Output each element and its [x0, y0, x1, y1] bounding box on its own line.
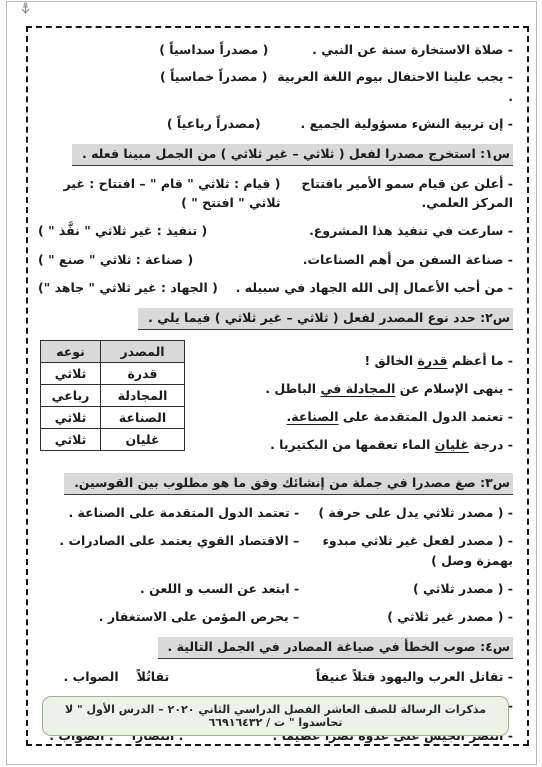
table-row: غليان ثلاثي — [41, 428, 185, 450]
underlined-word: المجادلة في — [320, 381, 395, 396]
sentence: - صناعة السفن من أهم الصناعات. — [303, 250, 513, 269]
example-sentence: - ابتعد عن السب و اللعن . — [38, 579, 299, 598]
list-item: - سارعت في تنفيذ هذا المشروع. ( تنفيذ : … — [38, 221, 513, 240]
sentence: - إن تربية النشء مسؤولية الجميع . — [276, 114, 514, 133]
table-cell: رباعي — [41, 384, 101, 406]
list-item: - ( مصدر ثلاثي ) - ابتعد عن السب و اللعن… — [38, 579, 513, 598]
q2-title: س٢: حدد نوع المصدر لفعل ( ثلاثي – غير ثل… — [138, 308, 513, 330]
q1-title: س١: استخرج مصدرا لفعل ( ثلاثي – غير ثلاث… — [72, 144, 513, 166]
list-item: - من أحب الأعمال إلى الله الجهاد في سبيل… — [38, 278, 513, 297]
table-cell: قدرة — [101, 362, 185, 384]
correction-word: تقاتُلاً — [137, 667, 170, 686]
list-item: - صلاة الاستخارة سنة عن النبي . ( مصدراً… — [38, 40, 513, 59]
sentence: - صلاة الاستخارة سنة عن النبي . — [276, 40, 514, 59]
requirement: - ( مصدر لفعل غير ثلاثي مبدوء بهمزة وصل … — [299, 531, 513, 570]
list-item: - صناعة السفن من أهم الصناعات. ( صناعة :… — [38, 250, 513, 269]
annotation: ( تنفيذ : غير ثلاثي " نفَّذ " ) — [38, 221, 207, 240]
table-cell: ثلاثي — [41, 428, 101, 450]
example-sentence: - تعتمد الدول المتقدمة على الصناعة . — [38, 503, 299, 522]
sentence: - يجب علينا الاحتفال بيوم اللغة العربية … — [276, 67, 514, 106]
list-item: - ما أعظم قدرة الخالق ! — [189, 350, 513, 371]
masdar-table: المصدر نوعه قدرة ثلاثي المجادلة رباعي ال… — [40, 340, 185, 451]
sentence-part: - ينهى الإسلام عن — [395, 381, 513, 396]
q3-title: س٣: صغ مصدرا في جملة من إنشائك وفق ما هو… — [64, 473, 513, 495]
correction-label: . الصواب — [64, 667, 119, 686]
example-sentence: – يحرص المؤمن على الاستغفار . — [38, 607, 299, 626]
intro-section: - صلاة الاستخارة سنة عن النبي . ( مصدراً… — [38, 40, 513, 134]
table-row: الصناعة ثلاثي — [41, 406, 185, 428]
sentence: - سارعت في تنفيذ هذا المشروع. — [309, 221, 513, 240]
sentence: - تقاتل العرب واليهود قتلاً عنيفاً — [195, 667, 513, 686]
table-cell: غليان — [101, 428, 185, 450]
sentence-part: - ما أعظم — [448, 353, 513, 368]
list-item: - ( مصدر ثلاثي يدل على حرفة ) - تعتمد ال… — [38, 503, 513, 522]
sentence-part: - تعتمد الدول المتقدمة على — [339, 409, 514, 424]
list-item: - تقاتل العرب واليهود قتلاً عنيفاً . الص… — [38, 667, 513, 686]
table-header-row: المصدر نوعه — [41, 340, 185, 362]
table-cell: ثلاثي — [41, 406, 101, 428]
requirement: - ( مصدر غير ثلاثي ) — [299, 607, 513, 626]
list-item: - درجة غليان الماء تعقمها من البكتيريا . — [189, 434, 513, 455]
q2-list: - ما أعظم قدرة الخالق ! - ينهى الإسلام ع… — [189, 338, 513, 463]
sentence: - أعلن عن قيام سمو الأمير بافتتاح المركز… — [281, 174, 513, 213]
q3-section: - ( مصدر ثلاثي يدل على حرفة ) - تعتمد ال… — [38, 503, 513, 627]
requirement: - ( مصدر ثلاثي يدل على حرفة ) — [299, 503, 513, 522]
underlined-word: غليان — [435, 437, 469, 452]
example-sentence: – الاقتصاد القوي يعتمد على الصادرات . — [38, 531, 299, 550]
table-row: المجادلة رباعي — [41, 384, 185, 406]
sentence-part: - درجة — [469, 437, 513, 452]
annotation: ( قيام : ثلاثي " قام " – افتتاح : غير ثل… — [38, 174, 281, 213]
list-item: - ينهى الإسلام عن المجادلة في الباطل . — [189, 378, 513, 399]
column-header: المصدر — [101, 340, 185, 362]
q2-section: - ما أعظم قدرة الخالق ! - ينهى الإسلام ع… — [38, 338, 513, 463]
table-cell: ثلاثي — [41, 362, 101, 384]
q1-section: - أعلن عن قيام سمو الأمير بافتتاح المركز… — [38, 174, 513, 298]
annotation: ( الجهاد : غير ثلاثي " جاهد ") — [38, 278, 218, 297]
list-item: - ( مصدر غير ثلاثي ) – يحرص المؤمن على ا… — [38, 607, 513, 626]
correction: . الصواب تقاتُلاً — [38, 667, 195, 686]
underlined-word: الصناعة. — [287, 409, 339, 424]
annotation: (مصدراً رباعياً ) — [152, 114, 276, 133]
table-row: قدرة ثلاثي — [41, 362, 185, 384]
annotation: ( مصدراً سداسياً ) — [152, 40, 276, 59]
list-item: - إن تربية النشء مسؤولية الجميع . (مصدرا… — [38, 114, 513, 133]
table-cell: الصناعة — [101, 406, 185, 428]
sentence: - من أحب الأعمال إلى الله الجهاد في سبيل… — [236, 278, 513, 297]
worksheet-frame: - صلاة الاستخارة سنة عن النبي . ( مصدراً… — [26, 26, 529, 746]
footer-text: مذكرات الرسالة للصف العاشر الفصل الدراسي… — [65, 703, 486, 729]
anchor-icon — [20, 0, 31, 19]
table-cell: المجادلة — [101, 384, 185, 406]
q4-title: س٤: صوب الخطأ في صياغة المصادر في الجمل … — [158, 637, 513, 659]
requirement: - ( مصدر ثلاثي ) — [299, 579, 513, 598]
sentence-part: الخالق ! — [364, 353, 417, 368]
footer-note: مذكرات الرسالة للصف العاشر الفصل الدراسي… — [42, 696, 509, 736]
column-header: نوعه — [41, 340, 101, 362]
annotation: ( صناعة : ثلاثي " صنع " ) — [38, 250, 193, 269]
list-item: - أعلن عن قيام سمو الأمير بافتتاح المركز… — [38, 174, 513, 213]
sentence-part: الماء تعقمها من البكتيريا . — [270, 437, 435, 452]
underlined-word: قدرة — [418, 353, 448, 368]
list-item: - ( مصدر لفعل غير ثلاثي مبدوء بهمزة وصل … — [38, 531, 513, 570]
sentence-part: الباطل . — [265, 381, 320, 396]
list-item: - تعتمد الدول المتقدمة على الصناعة. — [189, 406, 513, 427]
list-item: - يجب علينا الاحتفال بيوم اللغة العربية … — [38, 67, 513, 106]
annotation: ( مصدراً خماسياً ) — [152, 67, 276, 86]
